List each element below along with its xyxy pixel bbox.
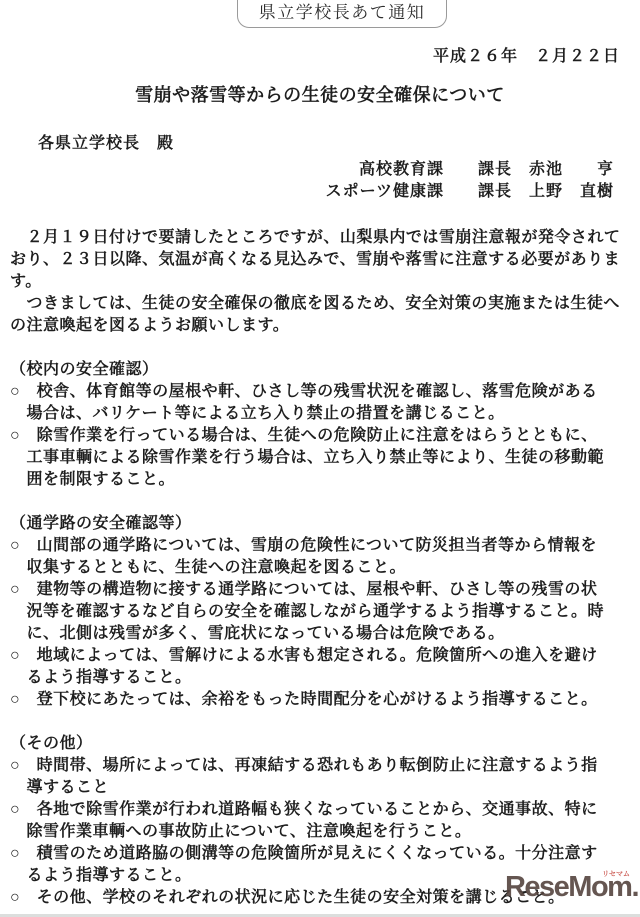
- sender-block: 高校教育課 課長 赤池 亨 スポーツ健康課 課長 上野 直樹: [0, 159, 614, 203]
- resemom-watermark-logo: リセマム ReseMom.: [505, 872, 638, 902]
- intro-paragraphs: ２月１９日付けで要請したところですが、山梨県内では雪崩注意報が発令されており、２…: [10, 227, 636, 337]
- text-line: ○ 山間部の通学路については、雪崩の危険性について防災担当者等から情報を: [10, 535, 636, 557]
- text-line: 除雪作業車輌への事故防止について、注意喚起を行うこと。: [10, 821, 636, 843]
- text-line: おり、２３日以降、気温が高くなる見込みで、雪崩や落雪に注意する必要がありま: [10, 249, 636, 271]
- text-line: ○ 登下校にあたっては、余裕をもった時間配分を心がけるよう指導すること。: [10, 689, 636, 711]
- text-line: つきましては、生徒の安全確保の徹底を図るため、安全対策の実施または生徒へ: [10, 293, 636, 315]
- text-line: 収集するとともに、生徒への注意喚起を図ること。: [10, 557, 636, 579]
- document-title: 雪崩や落雪等からの生徒の安全確保について: [0, 84, 640, 106]
- resemom-ruby-text: リセマム: [602, 869, 630, 879]
- text-line: の注意喚起を図るようお願いします。: [10, 315, 636, 337]
- section-items: ○ 校舎、体育館等の屋根や軒、ひさし等の残雪状況を確認し、落雪危険がある 場合は…: [10, 381, 636, 491]
- text-line: ○ 校舎、体育館等の屋根や軒、ひさし等の残雪状況を確認し、落雪危険がある: [10, 381, 636, 403]
- addressee-line: 各県立学校長 殿: [38, 133, 174, 155]
- sender-line: スポーツ健康課 課長 上野 直樹: [0, 181, 614, 203]
- section-commute-safety: （通学路の安全確認等） ○ 山間部の通学路については、雪崩の危険性について防災担…: [10, 513, 636, 711]
- text-line: に、北側は残雪が多く、雪庇状になっている場合は危険である。: [10, 623, 636, 645]
- stamp-box: 県立学校長あて通知: [237, 0, 447, 28]
- section-school-safety: （校内の安全確認） ○ 校舎、体育館等の屋根や軒、ひさし等の残雪状況を確認し、落…: [10, 359, 636, 491]
- text-line: 場合は、バリケート等による立ち入り禁止の措置を講じること。: [10, 403, 636, 425]
- text-line: 況等を確認するなど自らの安全を確認しながら通学するよう指導すること。時: [10, 601, 636, 623]
- section-heading: （通学路の安全確認等）: [10, 513, 636, 535]
- text-line: ○ 除雪作業を行っている場合は、生徒への危険防止に注意をはらうとともに、: [10, 425, 636, 447]
- text-line: ○ 地域によっては、雪解けによる水害も想定される。危険箇所への進入を避け: [10, 645, 636, 667]
- text-line: 工事車輌による除雪作業を行う場合は、立ち入り禁止等により、生徒の移動範: [10, 447, 636, 469]
- section-items: ○ 山間部の通学路については、雪崩の危険性について防災担当者等から情報を 収集す…: [10, 535, 636, 711]
- sender-line: 高校教育課 課長 赤池 亨: [0, 159, 614, 181]
- document-date: 平成２６年 ２月２２日: [0, 46, 620, 68]
- text-line: ○ 各地で除雪作業が行われ道路幅も狭くなっていることから、交通事故、特に: [10, 799, 636, 821]
- section-heading: （校内の安全確認）: [10, 359, 636, 381]
- text-line: るよう指導すること。: [10, 667, 636, 689]
- text-line: ○ 建物等の構造物に接する通学路については、屋根や軒、ひさし等の残雪の状: [10, 579, 636, 601]
- text-line: す。: [10, 271, 636, 293]
- text-line: ○ 時間帯、場所によっては、再凍結する恐れもあり転倒防止に注意するよう指: [10, 755, 636, 777]
- notice-document: 県立学校長あて通知 平成２６年 ２月２２日 雪崩や落雪等からの生徒の安全確保につ…: [0, 0, 640, 917]
- section-heading: （その他）: [10, 733, 636, 755]
- document-body: ２月１９日付けで要請したところですが、山梨県内では雪崩注意報が発令されており、２…: [10, 227, 636, 909]
- stamp-text: 県立学校長あて通知: [259, 0, 426, 23]
- text-line: 囲を制限すること。: [10, 469, 636, 491]
- text-line: ２月１９日付けで要請したところですが、山梨県内では雪崩注意報が発令されて: [10, 227, 636, 249]
- text-line: 導すること: [10, 777, 636, 799]
- text-line: ○ 積雪のため道路脇の側溝等の危険箇所が見えにくくなっている。十分注意す: [10, 843, 636, 865]
